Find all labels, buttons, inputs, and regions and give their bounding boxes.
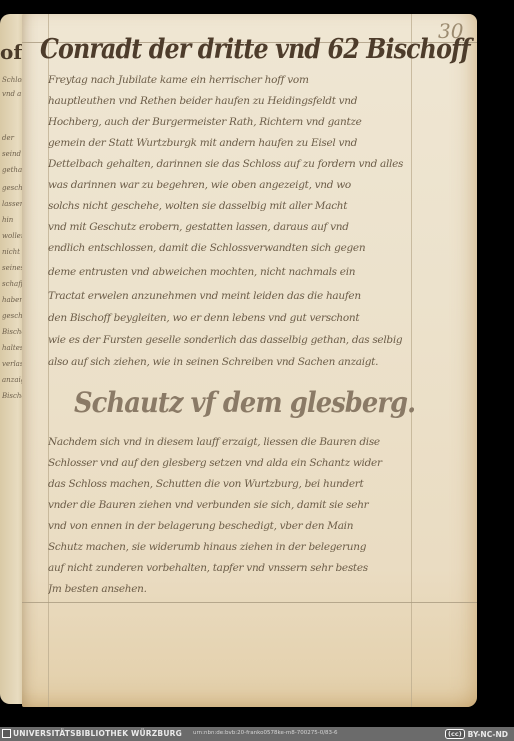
text-line: den Bischoff beygleiten, wo er denn lebe…	[48, 312, 418, 324]
text-line: Jm besten ansehen.	[48, 583, 418, 595]
institution-name: UNIVERSITÄTSBIBLIOTHEK WÜRZBURG	[13, 729, 182, 738]
text-line: vnd mit Geschutz erobern, gestatten lass…	[48, 221, 418, 233]
text-line: das Schloss machen, Schutten die von Wur…	[48, 478, 418, 490]
library-logo-icon	[2, 729, 11, 738]
verso-heading-fragment: off	[0, 40, 24, 64]
image-viewer: off Schloss vnd vnd auf der seind gethan…	[0, 0, 514, 727]
text-line: solchs nicht geschehe, wolten sie dassel…	[48, 200, 418, 212]
text-line: Nachdem sich vnd in diesem lauff erzaigt…	[48, 436, 418, 448]
bottom-rule	[22, 602, 477, 603]
footer-bar: UNIVERSITÄTSBIBLIOTHEK WÜRZBURG urn:nbn:…	[0, 727, 514, 741]
license-badge[interactable]: (cc) BY-NC-ND	[445, 729, 508, 739]
institution-logo[interactable]: UNIVERSITÄTSBIBLIOTHEK WÜRZBURG	[2, 729, 182, 738]
text-line: auf nicht zunderen vorbehalten, tapfer v…	[48, 562, 418, 574]
text-line: wie es der Fursten geselle sonderlich da…	[48, 334, 418, 346]
text-line: Schlosser vnd auf den glesberg setzen vn…	[48, 457, 418, 469]
text-line: hauptleuthen vnd Rethen beider haufen zu…	[48, 95, 418, 107]
text-line: Schutz machen, sie widerumb hinaus ziehe…	[48, 541, 418, 553]
text-line: gemein der Statt Wurtzburgk mit andern h…	[48, 137, 418, 149]
section-heading: Schautz vf dem glesberg.	[74, 386, 415, 419]
license-label: BY-NC-ND	[468, 730, 508, 739]
creative-commons-icon: (cc)	[445, 729, 465, 739]
text-line: vnder die Bauren ziehen vnd verbunden si…	[48, 499, 418, 511]
text-line: was darinnen war zu begehren, wie oben a…	[48, 179, 418, 191]
text-line: Tractat erwelen anzunehmen vnd meint lei…	[48, 290, 418, 302]
text-line: also auf sich ziehen, wie in seinen Schr…	[48, 356, 418, 368]
text-line: Freytag nach Jubilate kame ein herrische…	[48, 74, 418, 86]
text-line: Dettelbach gehalten, darinnen sie das Sc…	[48, 158, 418, 170]
text-line: vnd von ennen in der belagerung beschedi…	[48, 520, 418, 532]
urn-identifier[interactable]: urn:nbn:de:bvb:20-franko0578ke-m8-700275…	[193, 730, 338, 736]
chapter-heading: Conradt der dritte vnd 62 Bischoff	[40, 34, 470, 65]
text-line: endlich entschlossen, damit die Schlossv…	[48, 242, 418, 254]
text-line: deme entrusten vnd abweichen mochten, ni…	[48, 266, 418, 278]
manuscript-page: 30 Conradt der dritte vnd 62 Bischoff Fr…	[22, 14, 477, 707]
text-line: Hochberg, auch der Burgermeister Rath, R…	[48, 116, 418, 128]
